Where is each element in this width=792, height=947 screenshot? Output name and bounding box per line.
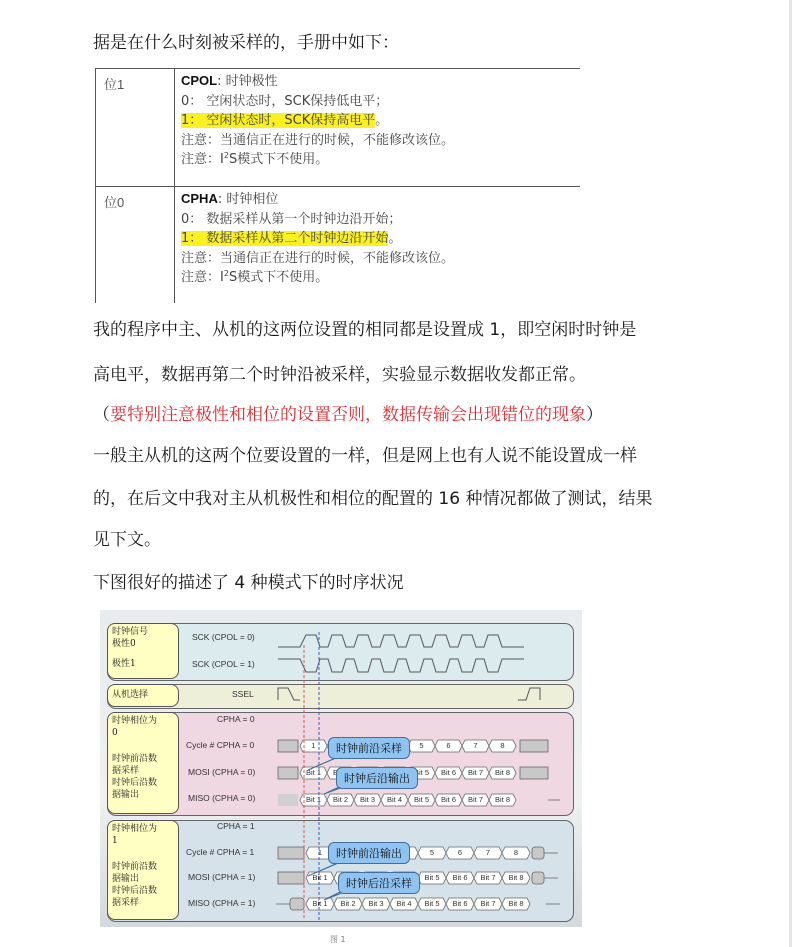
bus-cell: Bit 3 [366,898,386,910]
table-border [95,186,580,187]
bus-cell: 6 [439,740,458,752]
note: 注意：I2S模式下不使用。 [181,150,454,170]
callout-cpha1-output: 时钟前沿输出 [328,842,410,864]
cpha-description: CPHA: 时钟相位 0： 数据采样从第一个时钟边沿开始； 1： 数据采样从第二… [181,189,454,288]
table-border [174,68,175,303]
paragraph: 我的程序中主、从机的这两位设置的相同都是设置成 1，即空闲时时钟是 [93,320,636,340]
bus-cell: Bit 6 [439,794,458,806]
bus-cell: Bit 8 [493,794,512,806]
field-name: CPOL [181,73,217,88]
paragraph: 见下文。 [93,530,161,550]
bit-label: 位1 [104,74,124,93]
bus-cell: Bit 6 [450,872,470,884]
paragraph: 的，在后文中我对主从机极性和相位的配置的 16 种情况都做了测试，结果 [93,489,652,509]
bus-cell: 1 [310,847,330,859]
bus-cell: Bit 5 [422,898,442,910]
bus-cell: Bit 8 [493,767,512,779]
note: 注意：当通信正在进行的时候，不能修改该位。 [181,131,454,151]
bus-cell: Bit 4 [394,898,414,910]
spi-timing-figure: 时钟信号 极性0 极性1 从机选择 时钟相位为 0 时钟前沿数 据采样 时钟后沿… [100,610,582,927]
bus-cell: Bit 5 [422,872,442,884]
bus-cell: 6 [450,847,470,859]
bus-cell: Bit 6 [450,898,470,910]
bus-cell: Bit 3 [358,794,377,806]
bus-cell: Bit 4 [385,794,404,806]
bus-cell: Bit 1 [304,767,323,779]
bus-cell: Bit 7 [466,794,485,806]
callout-cpha0-sample: 时钟前沿采样 [328,737,410,759]
table-border [95,68,96,303]
note: 注意：当通信正在进行的时候，不能修改该位。 [181,249,454,269]
option-1: 1： 空闲状态时，SCK保持高电平。 [181,111,454,131]
bus-cell: Bit 2 [331,794,350,806]
bus-cell: Bit 1 [304,794,323,806]
paragraph: 一般主从机的这两个位要设置的一样，但是网上也有人说不能设置成一样 [93,446,637,466]
bus-cell: 8 [506,847,526,859]
table-border [95,68,580,69]
bus-cell: 8 [493,740,512,752]
bus-cell: Bit 7 [466,767,485,779]
bus-cell: Bit 8 [506,898,526,910]
option-1: 1： 数据采样从第二个时钟边沿开始。 [181,229,454,249]
register-table: 位1 CPOL: 时钟极性 0： 空闲状态时，SCK保持低电平； 1： 空闲状态… [95,68,580,303]
field-name: CPHA [181,191,218,206]
bus-cell: 5 [422,847,442,859]
bus-cell: 5 [412,740,431,752]
warning-note: （要特别注意极性和相位的设置否则，数据传输会出现错位的现象） [93,405,603,425]
note: 注意：I2S模式下不使用。 [181,268,454,288]
bit-label: 位0 [104,192,124,211]
bus-cell: Bit 6 [439,767,458,779]
bus-cell: Bit 2 [338,898,358,910]
cpol-description: CPOL: 时钟极性 0： 空闲状态时，SCK保持低电平； 1： 空闲状态时，S… [181,71,454,170]
intro-line: 据是在什么时刻被采样的，手册中如下： [93,33,399,53]
bus-cell: Bit 7 [478,898,498,910]
paragraph: 下图很好的描述了 4 种模式下的时序状况 [93,573,404,593]
bus-cell: 7 [466,740,485,752]
callout-cpha0-output: 时钟后沿输出 [336,767,418,789]
bus-cell: Bit 8 [506,872,526,884]
paragraph: 高电平，数据再第二个时钟沿被采样，实验显示数据收发都正常。 [93,365,586,385]
option-0: 0： 数据采样从第一个时钟边沿开始； [181,210,454,230]
bus-cell: Bit 5 [412,794,431,806]
bus-cell: Bit 1 [310,872,330,884]
bus-cell: 1 [304,740,323,752]
option-0: 0： 空闲状态时，SCK保持低电平； [181,92,454,112]
bus-cell: Bit 1 [310,898,330,910]
bus-cell: Bit 7 [478,872,498,884]
callout-cpha1-sample: 时钟后沿采样 [338,872,420,894]
figure-caption: 图 1 [330,934,346,945]
bus-cell: 7 [478,847,498,859]
